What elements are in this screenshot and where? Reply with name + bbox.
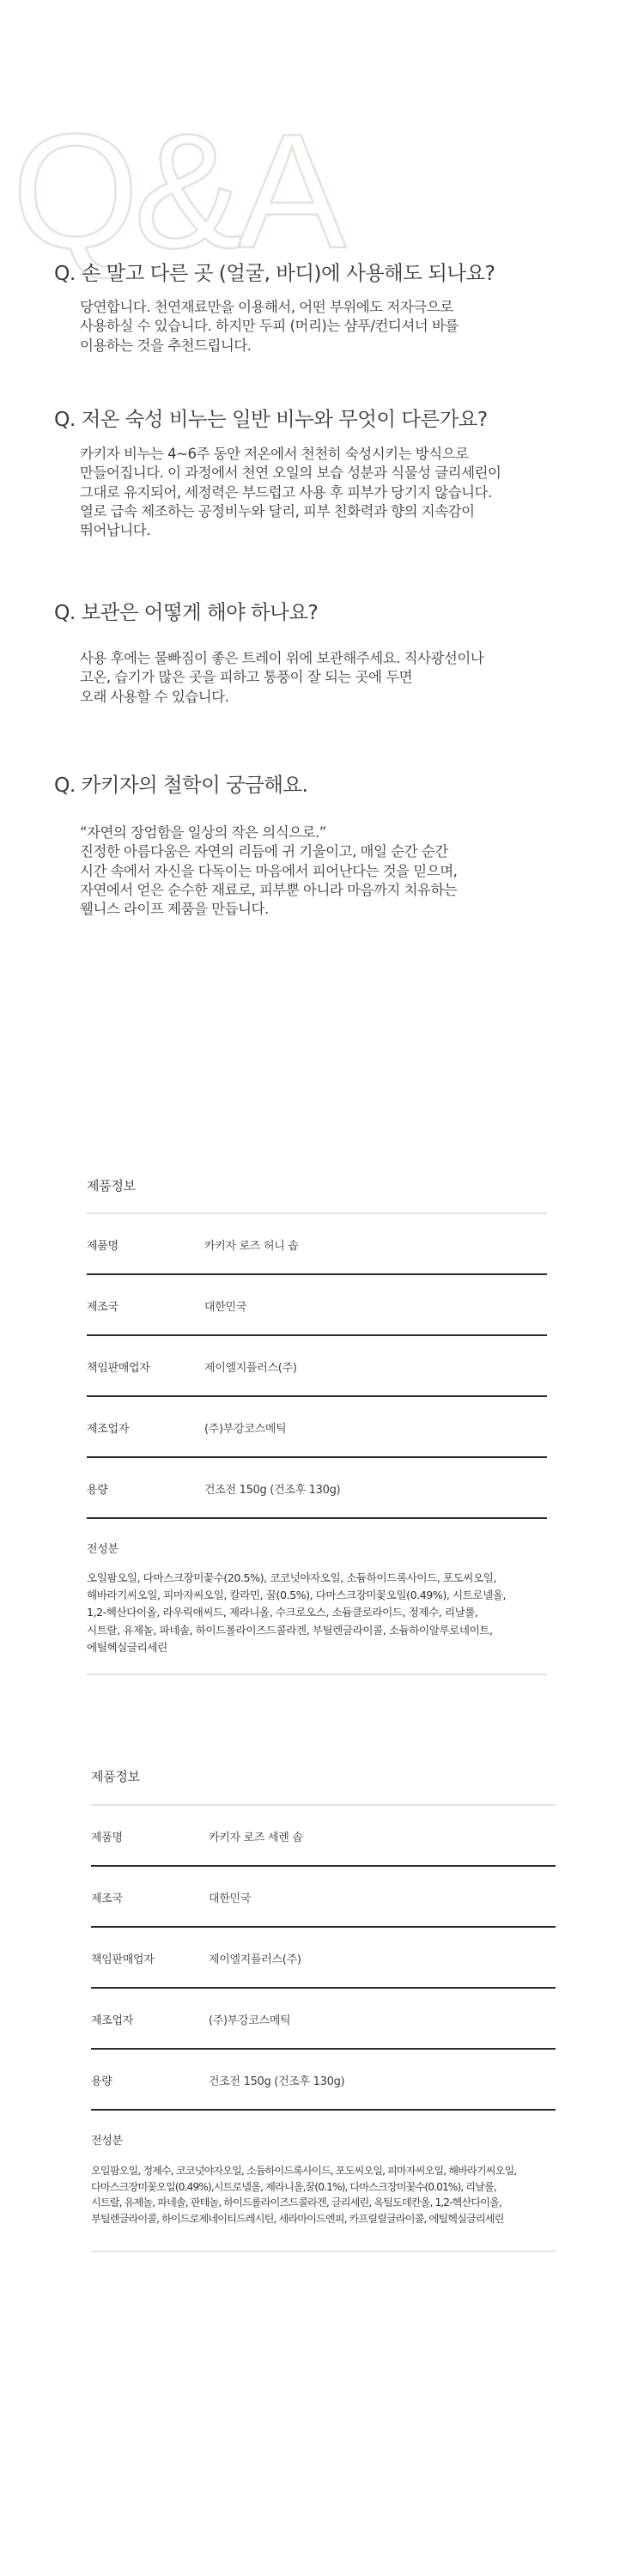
info-row-product-name: 제품명 카키자 로즈 세렌 솝: [91, 1806, 556, 1867]
info-label: 책임판매업자: [87, 1358, 150, 1375]
ingredients-label: 전성분: [91, 2131, 556, 2148]
ingredients-text: 오일팜오일, 정제수, 코코넛야자오일, 소듐하이드록사이드, 포도씨오일, 피…: [91, 2163, 556, 2227]
info-row-seller: 책임판매업자 제이엘지플러스(주): [91, 1928, 556, 1989]
info-value: (주)부강코스메틱: [204, 1419, 286, 1436]
info-value: 대한민국: [204, 1297, 246, 1314]
info-row-manufacturer: 제조업자 (주)부강코스메틱: [87, 1397, 547, 1458]
info-value: 카키자 로즈 허니 솝: [204, 1236, 299, 1253]
qa-question: Q. 카키자의 철학이 궁금해요.: [54, 772, 307, 798]
divider: [87, 1674, 547, 1675]
qa-heading: Q&A: [12, 110, 341, 273]
info-value: 카키자 로즈 세렌 솝: [209, 1828, 303, 1844]
info-row-manufacturer: 제조업자 (주)부강코스메틱: [91, 1989, 556, 2050]
info-value: (주)부강코스메틱: [209, 2011, 290, 2027]
info-value: 건조전 150g (건조후 130g): [204, 1480, 340, 1497]
info-label: 제품명: [91, 1828, 123, 1844]
qa-answer: 카키자 비누는 4~6주 동안 저온에서 천천히 숙성시키는 방식으로 만들어집…: [80, 445, 501, 540]
ingredients-label: 전성분: [87, 1540, 547, 1556]
info-row-product-name: 제품명 카키자 로즈 허니 솝: [87, 1214, 547, 1275]
info-label: 제조업자: [91, 2011, 133, 2027]
info-label: 용량: [91, 2072, 112, 2088]
qa-question: Q. 손 말고 다른 곳 (얼굴, 바디)에 사용해도 되나요?: [54, 260, 495, 286]
info-row-capacity: 용량 건조전 150g (건조후 130g): [91, 2050, 556, 2111]
info-row-country: 제조국 대한민국: [87, 1275, 547, 1336]
product-info-title: 제품정보: [91, 1769, 556, 1784]
info-row-seller: 책임판매업자 제이엘지플러스(주): [87, 1336, 547, 1397]
info-row-country: 제조국 대한민국: [91, 1867, 556, 1928]
info-value: 제이엘지플러스(주): [204, 1358, 297, 1375]
info-row-capacity: 용량 건조전 150g (건조후 130g): [87, 1458, 547, 1519]
product-info-title: 제품정보: [87, 1178, 547, 1194]
info-label: 용량: [87, 1480, 108, 1497]
info-value: 대한민국: [209, 1889, 251, 1905]
info-label: 제조국: [87, 1297, 118, 1314]
info-label: 제조업자: [87, 1419, 129, 1436]
qa-question: Q. 저온 숙성 비누는 일반 비누와 무엇이 다른가요?: [54, 406, 488, 432]
product-info-table: 제품정보 제품명 카키자 로즈 세렌 솝 제조국 대한민국 책임판매업자 제이엘…: [91, 1769, 556, 2252]
qa-answer: 당연합니다. 천연재료만을 이용해서, 어떤 부위에도 저자극으로 사용하실 수…: [80, 298, 459, 355]
info-label: 제조국: [91, 1889, 123, 1905]
info-value: 건조전 150g (건조후 130g): [209, 2072, 344, 2088]
info-value: 제이엘지플러스(주): [209, 1950, 301, 1966]
qa-answer: 사용 후에는 물빠짐이 좋은 트레이 위에 보관해주세요. 직사광선이나 고온,…: [80, 649, 483, 707]
qa-question: Q. 보관은 어떻게 해야 하나요?: [54, 599, 318, 625]
qa-answer: “자연의 장엄함을 일상의 작은 의식으로.” 진정한 아름다움은 자연의 리듬…: [80, 823, 457, 919]
ingredients-text: 오일팜오일, 다마스크장미꽃수(20.5%), 코코넛야자오일, 소듐하이드록사…: [87, 1570, 547, 1656]
divider: [91, 2251, 556, 2252]
info-label: 제품명: [87, 1236, 118, 1253]
product-info-table: 제품정보 제품명 카키자 로즈 허니 솝 제조국 대한민국 책임판매업자 제이엘…: [87, 1178, 547, 1675]
info-label: 책임판매업자: [91, 1950, 155, 1966]
